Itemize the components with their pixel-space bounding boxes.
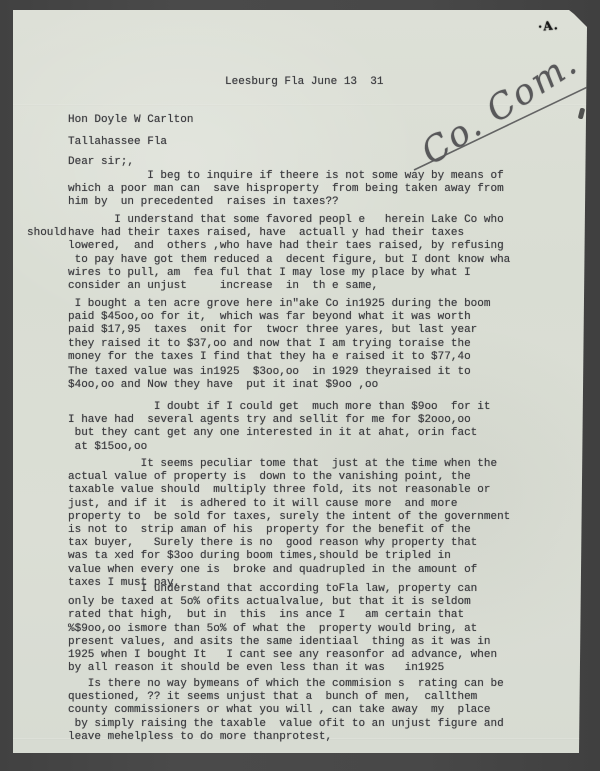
recipient-city: Tallahassee Fla	[68, 136, 167, 149]
corner-ink-mark: ·A.	[537, 18, 559, 34]
paragraph: The taxed value was in1925 $3oo,oo in 19…	[68, 366, 471, 392]
paragraph: It seems peculiar tome that just at the …	[68, 458, 510, 590]
paragraph: I bought a ten acre grove here in"ake Co…	[68, 298, 490, 364]
letter-page: ·A. Co. Com. Leesburg Fla June 13 31 Hon…	[13, 10, 587, 753]
paragraph: I understand that according toFla law, p…	[68, 583, 497, 675]
salutation: Dear sir;,	[68, 156, 134, 169]
dateline: Leesburg Fla June 13 31	[225, 76, 383, 89]
paragraph: Is there no way bymeans of which the com…	[68, 678, 504, 744]
paragraph: I understand that some favored peopl e h…	[68, 214, 510, 293]
paragraph: I doubt if I could get much more than $9…	[68, 401, 490, 454]
margin-note: should	[27, 227, 67, 240]
scan-background: { "scan": { "paper_color": "#dbded5", "b…	[0, 0, 600, 771]
paragraph: I beg to inquire if theere is not some w…	[68, 170, 504, 210]
recipient-name: Hon Doyle W Carlton	[68, 114, 193, 127]
